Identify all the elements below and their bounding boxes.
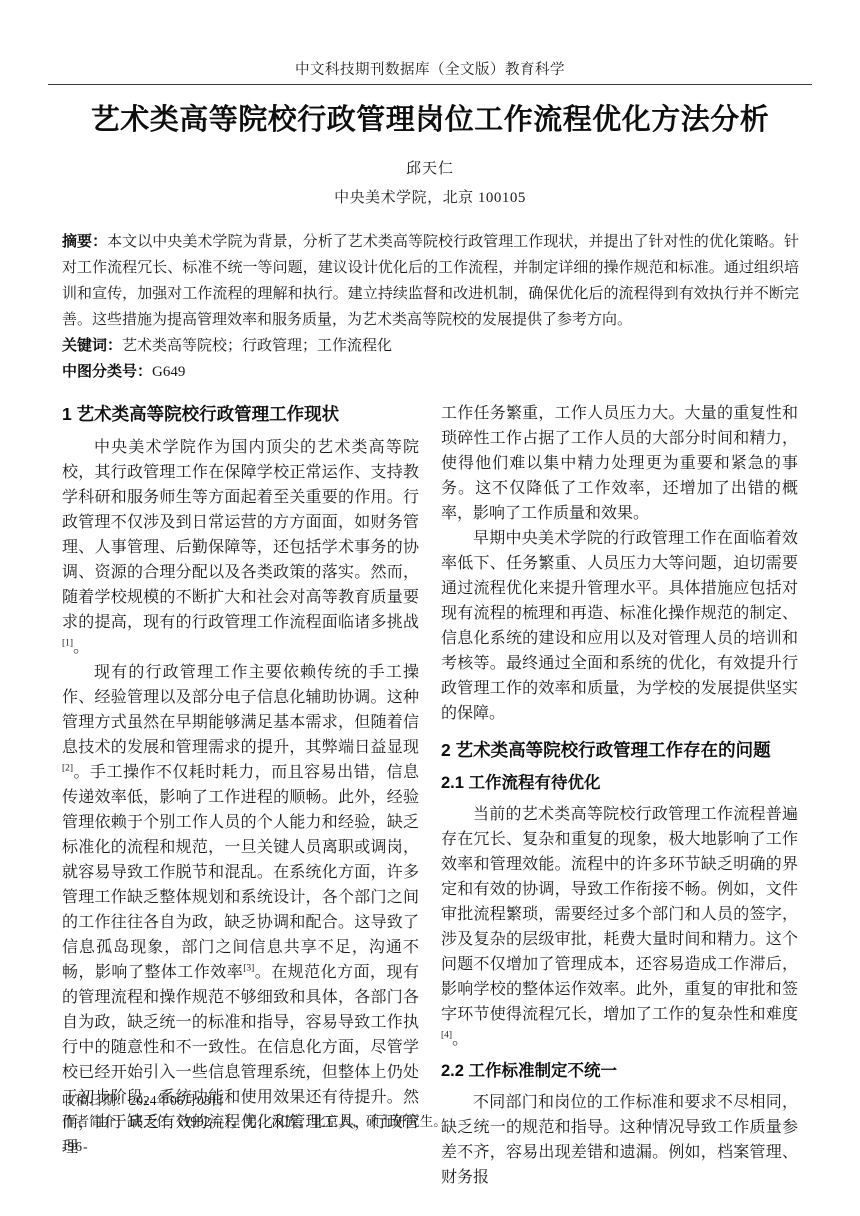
keywords-line: 关键词：艺术类高等院校；行政管理；工作流程化 [62,333,799,359]
section-1-paragraph-1: 中央美术学院作为国内顶尖的艺术类高等院校，其行政管理工作在保障学校正常运作、支持… [62,435,419,660]
author-bio-line: 作者简介：邱天仁（1992—），男，汉族，北京人，硕士研究生。 [62,1111,799,1132]
section-2-1-paragraph: 当前的艺术类高等院校行政管理工作流程普遍存在冗长、复杂和重复的现象，极大地影响了… [441,802,798,1052]
section-2-heading: 2 艺术类高等院校行政管理工作存在的问题 [441,737,798,764]
received-date-label: 收稿日期： [62,1093,130,1108]
paper-title: 艺术类高等院校行政管理岗位工作流程优化方法分析 [40,97,820,138]
received-date-line: 收稿日期：2024年06月03日 [62,1090,799,1111]
abstract-block: 摘要：本文以中央美术学院为背景，分析了艺术类高等院校行政管理工作现状，并提出了针… [62,229,799,385]
abstract-paragraph: 摘要：本文以中央美术学院为背景，分析了艺术类高等院校行政管理工作现状，并提出了针… [62,229,799,333]
section-1-paragraph-2: 现有的行政管理工作主要依赖传统的手工操作、经验管理以及部分电子信息化辅助协调。这… [62,660,419,1160]
section-2-1-heading: 2.1 工作流程有待优化 [441,771,798,796]
left-column: 1 艺术类高等院校行政管理工作现状 中央美术学院作为国内顶尖的艺术类高等院校，其… [62,401,419,1160]
footnote-block: 收稿日期：2024年06月03日 作者简介：邱天仁（1992—），男，汉族，北京… [62,1090,799,1157]
section-1-paragraph-3: 早期中央美术学院的行政管理工作在面临着效率低下、任务繁重、人员压力大等问题，迫切… [441,526,798,726]
keywords-text: 艺术类高等院校；行政管理；工作流程化 [122,338,392,354]
section-2-2-heading: 2.2 工作标准制定不统一 [441,1059,798,1084]
clc-value: G649 [152,364,185,380]
abstract-text: 本文以中央美术学院为背景，分析了艺术类高等院校行政管理工作现状，并提出了针对性的… [62,234,799,328]
header-divider [48,84,812,85]
right-column: 工作任务繁重，工作人员压力大。大量的重复性和琐碎性工作占据了工作人员的大部分时间… [441,401,798,1190]
author-bio-label: 作者简介： [62,1114,130,1129]
author-name: 邱天仁 [0,157,860,178]
received-date-value: 2024年06月03日 [130,1093,225,1108]
clc-line: 中图分类号：G649 [62,359,799,385]
section-1-heading: 1 艺术类高等院校行政管理工作现状 [62,401,419,428]
journal-name: 中文科技期刊数据库（全文版）教育科学 [0,58,860,79]
paper-page: 中文科技期刊数据库（全文版）教育科学 艺术类高等院校行政管理岗位工作流程优化方法… [0,0,860,1216]
author-affiliation: 中央美术学院，北京 100105 [0,186,860,207]
keywords-label: 关键词： [62,337,122,354]
section-1-paragraph-2-continued: 工作任务繁重，工作人员压力大。大量的重复性和琐碎性工作占据了工作人员的大部分时间… [441,401,798,526]
clc-label: 中图分类号： [62,363,152,380]
author-bio-value: 邱天仁（1992—），男，汉族，北京人，硕士研究生。 [130,1114,447,1129]
abstract-label: 摘要： [62,233,107,250]
page-number: -96- [62,1136,799,1157]
